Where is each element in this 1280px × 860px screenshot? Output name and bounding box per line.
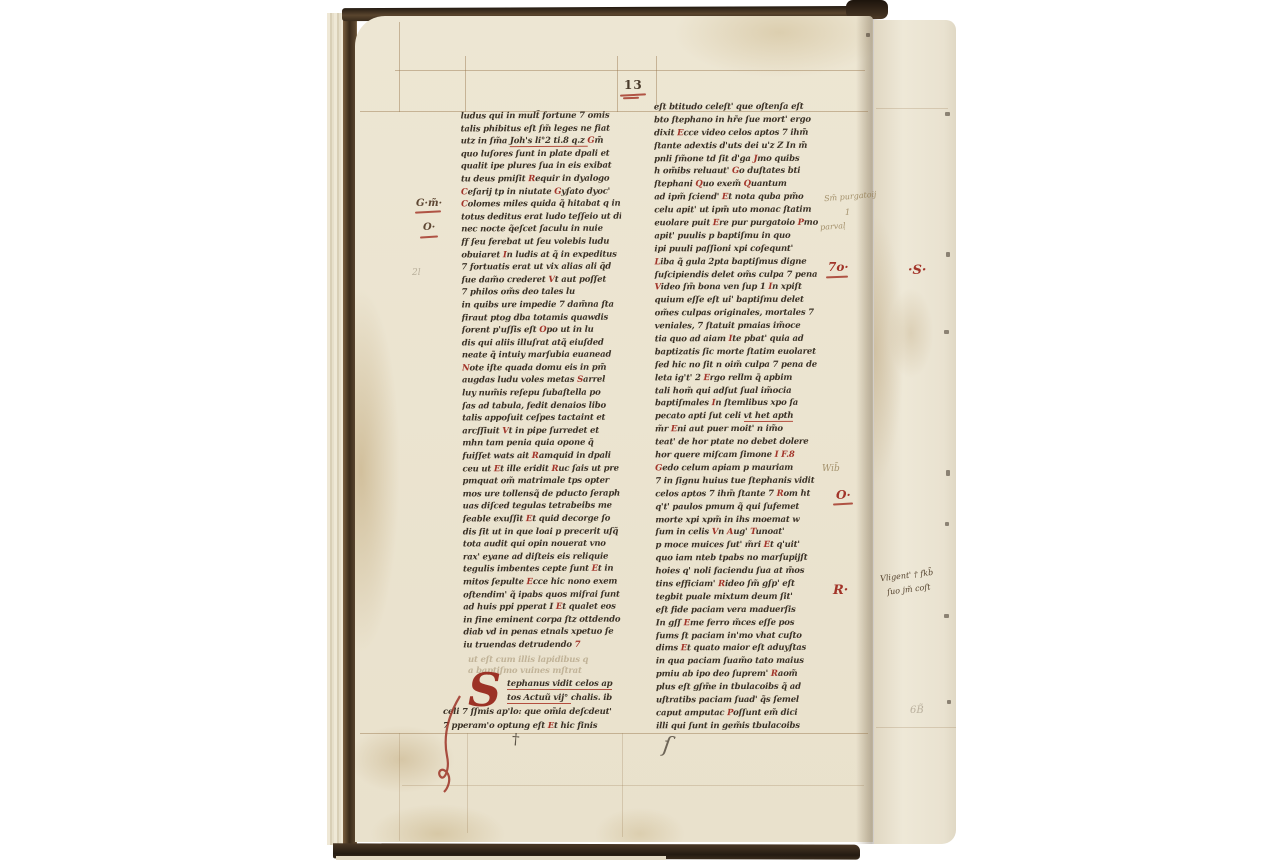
rubric-top-lines: tephanus vidit celos aptos Actuũ vij° ch… [467,678,683,706]
edge-ink-speck [946,470,950,476]
text-column-left: ludus qui in mult̃ fortune 7 omistalis p… [461,110,624,655]
margin-note-seventy: 7o· [828,260,849,274]
margin-note-r: R· [833,583,848,598]
edge-ink-speck [947,700,951,704]
margin-note-tick: 1 [845,208,850,217]
text-column-right: eſt btitudo celeſt' que oſtenſa eſtbto ſ… [654,101,838,738]
margin-ghost-mark: 2l [412,268,421,278]
ruling-line [402,785,864,786]
ruling-line [399,22,400,112]
edge-ink-speck [944,330,949,334]
margin-note-o-left: O· [423,222,435,233]
ruling-line [399,733,400,841]
margin-note-wib: Wib̃ [822,464,840,474]
folio-number: 13 [624,78,643,92]
edge-ink-speck [946,252,950,257]
initial-flourish [434,694,468,794]
manuscript-photo: 13 ludus qui in mult̃ fortune 7 omistali… [0,0,1280,860]
ruling-line [465,56,466,112]
margin-note-parvale: parvaļ [820,221,846,232]
page-stack-bottom-edge [336,856,666,860]
edge-ink-speck [866,33,870,37]
recto-note-s: ·S· [908,263,926,278]
ruling-line [617,56,618,112]
ruling-line [876,108,948,109]
ruling-line [622,733,623,837]
rubric-bottom-lines: celi 7 ſſmis ap'lo: que om̃ia deſcdeut'7… [443,706,643,734]
edge-ink-speck [945,522,949,526]
edge-ink-speck [944,614,949,618]
cross-mark: † [511,730,520,748]
ruling-line [656,56,657,106]
ruling-line [876,727,956,728]
edge-ink-speck [945,112,950,116]
recto-page-sliver [874,20,956,844]
recto-ghost-mark: 6B̃ [910,705,924,716]
margin-note-o-right: O· [836,488,851,502]
margin-note-gm: G·m̃· [416,198,442,209]
